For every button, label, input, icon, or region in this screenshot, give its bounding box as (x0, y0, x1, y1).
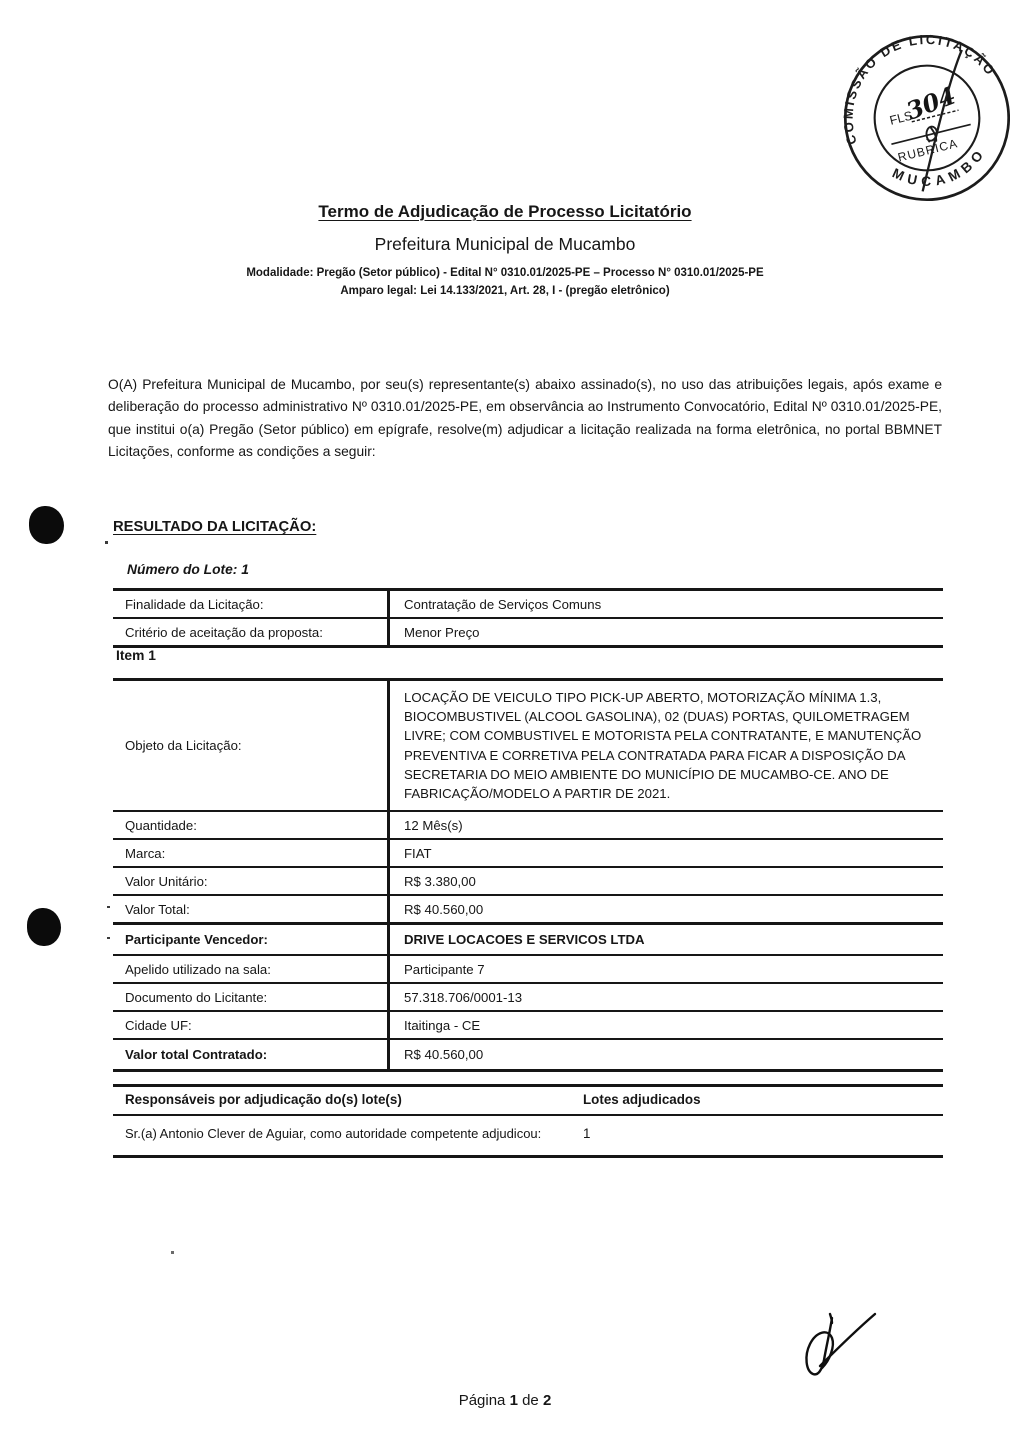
result-section-heading: RESULTADO DA LICITAÇÃO: (113, 519, 316, 535)
row-label: Documento do Licitante: (113, 984, 390, 1010)
responsibles-row: Sr.(a) Antonio Clever de Aguiar, como au… (113, 1116, 943, 1155)
row-label: Valor Total: (113, 896, 390, 922)
page-footer: Página 1 de 2 (0, 1392, 1010, 1409)
row-label: Valor Unitário: (113, 868, 390, 894)
responsible-name: Sr.(a) Antonio Clever de Aguiar, como au… (113, 1123, 583, 1144)
table-row-cidade-uf: Cidade UF: Itaitinga - CE (113, 1012, 943, 1040)
row-value: 12 Mês(s) (390, 812, 943, 838)
scan-speck (107, 906, 110, 908)
scan-punch-dot (27, 908, 61, 946)
scan-speck (107, 937, 110, 939)
modality-line: Modalidade: Pregão (Setor público) - Edi… (0, 265, 1010, 283)
handwritten-signature (780, 1296, 910, 1391)
responsibles-header-right: Lotes adjudicados (583, 1092, 943, 1107)
entity-name: Prefeitura Municipal de Mucambo (0, 234, 1010, 255)
row-label: Apelido utilizado na sala: (113, 956, 390, 982)
scan-speck (105, 541, 108, 544)
table-row: Finalidade da Licitação: Contratação de … (113, 591, 943, 619)
intro-paragraph: O(A) Prefeitura Municipal de Mucambo, po… (108, 374, 942, 464)
lot-number-label: Número do Lote: 1 (127, 562, 249, 577)
row-value: Participante 7 (390, 956, 943, 982)
responsible-lots: 1 (583, 1123, 943, 1144)
row-value: 57.318.706/0001-13 (390, 984, 943, 1010)
scan-speck (171, 1251, 174, 1254)
table-row-apelido: Apelido utilizado na sala: Participante … (113, 956, 943, 984)
row-value: R$ 40.560,00 (390, 896, 943, 922)
scan-punch-dot (29, 506, 64, 544)
commission-stamp: COMISSÃO DE LICITAÇÃO MUCAMBO FLS 304 RU… (838, 28, 1010, 208)
svg-text:COMISSÃO DE LICITAÇÃO: COMISSÃO DE LICITAÇÃO (838, 28, 1008, 146)
table-row: Critério de aceitação da proposta: Menor… (113, 619, 943, 645)
row-label: Objeto da Licitação: (113, 681, 390, 810)
stamp-top-text: COMISSÃO DE LICITAÇÃO (838, 28, 1008, 146)
table-row-documento: Documento do Licitante: 57.318.706/0001-… (113, 984, 943, 1012)
row-value: Contratação de Serviços Comuns (390, 591, 943, 617)
footer-page-number: 1 (510, 1392, 518, 1409)
stamp-handwritten-page-number: 304 (902, 80, 959, 125)
responsibles-header-left: Responsáveis por adjudicação do(s) lote(… (113, 1092, 583, 1107)
table-row-valor-unitario: Valor Unitário: R$ 3.380,00 (113, 868, 943, 896)
row-value: DRIVE LOCACOES E SERVICOS LTDA (390, 925, 943, 954)
table-row-marca: Marca: FIAT (113, 840, 943, 868)
item-detail-table: Objeto da Licitação: LOCAÇÃO DE VEICULO … (113, 678, 943, 1072)
footer-prefix: Página (459, 1392, 506, 1409)
row-value: R$ 3.380,00 (390, 868, 943, 894)
table-row-quantidade: Quantidade: 12 Mês(s) (113, 812, 943, 840)
row-label: Critério de aceitação da proposta: (113, 619, 390, 645)
row-label: Participante Vencedor: (113, 925, 390, 954)
row-value: FIAT (390, 840, 943, 866)
row-label: Valor total Contratado: (113, 1040, 390, 1069)
responsibles-table: Responsáveis por adjudicação do(s) lote(… (113, 1084, 943, 1158)
row-label: Finalidade da Licitação: (113, 591, 390, 617)
lot-info-table: Finalidade da Licitação: Contratação de … (113, 588, 943, 648)
row-value: Itaitinga - CE (390, 1012, 943, 1038)
row-label: Cidade UF: (113, 1012, 390, 1038)
table-row-valor-total: Valor Total: R$ 40.560,00 (113, 896, 943, 925)
row-label: Quantidade: (113, 812, 390, 838)
row-value: LOCAÇÃO DE VEICULO TIPO PICK-UP ABERTO, … (390, 681, 943, 810)
table-row-valor-contratado: Valor total Contratado: R$ 40.560,00 (113, 1040, 943, 1069)
document-header: Termo de Adjudicação de Processo Licitat… (0, 202, 1010, 300)
table-row-participante-vencedor: Participante Vencedor: DRIVE LOCACOES E … (113, 925, 943, 956)
footer-of-word: de (522, 1392, 539, 1409)
responsibles-header: Responsáveis por adjudicação do(s) lote(… (113, 1087, 943, 1116)
footer-total-pages: 2 (543, 1392, 551, 1409)
item-label: Item 1 (116, 648, 156, 663)
row-value: Menor Preço (390, 619, 943, 645)
table-row-objeto: Objeto da Licitação: LOCAÇÃO DE VEICULO … (113, 681, 943, 812)
row-value: R$ 40.560,00 (390, 1040, 943, 1069)
legal-basis-line: Amparo legal: Lei 14.133/2021, Art. 28, … (0, 283, 1010, 301)
page-title: Termo de Adjudicação de Processo Licitat… (0, 202, 1010, 222)
row-label: Marca: (113, 840, 390, 866)
